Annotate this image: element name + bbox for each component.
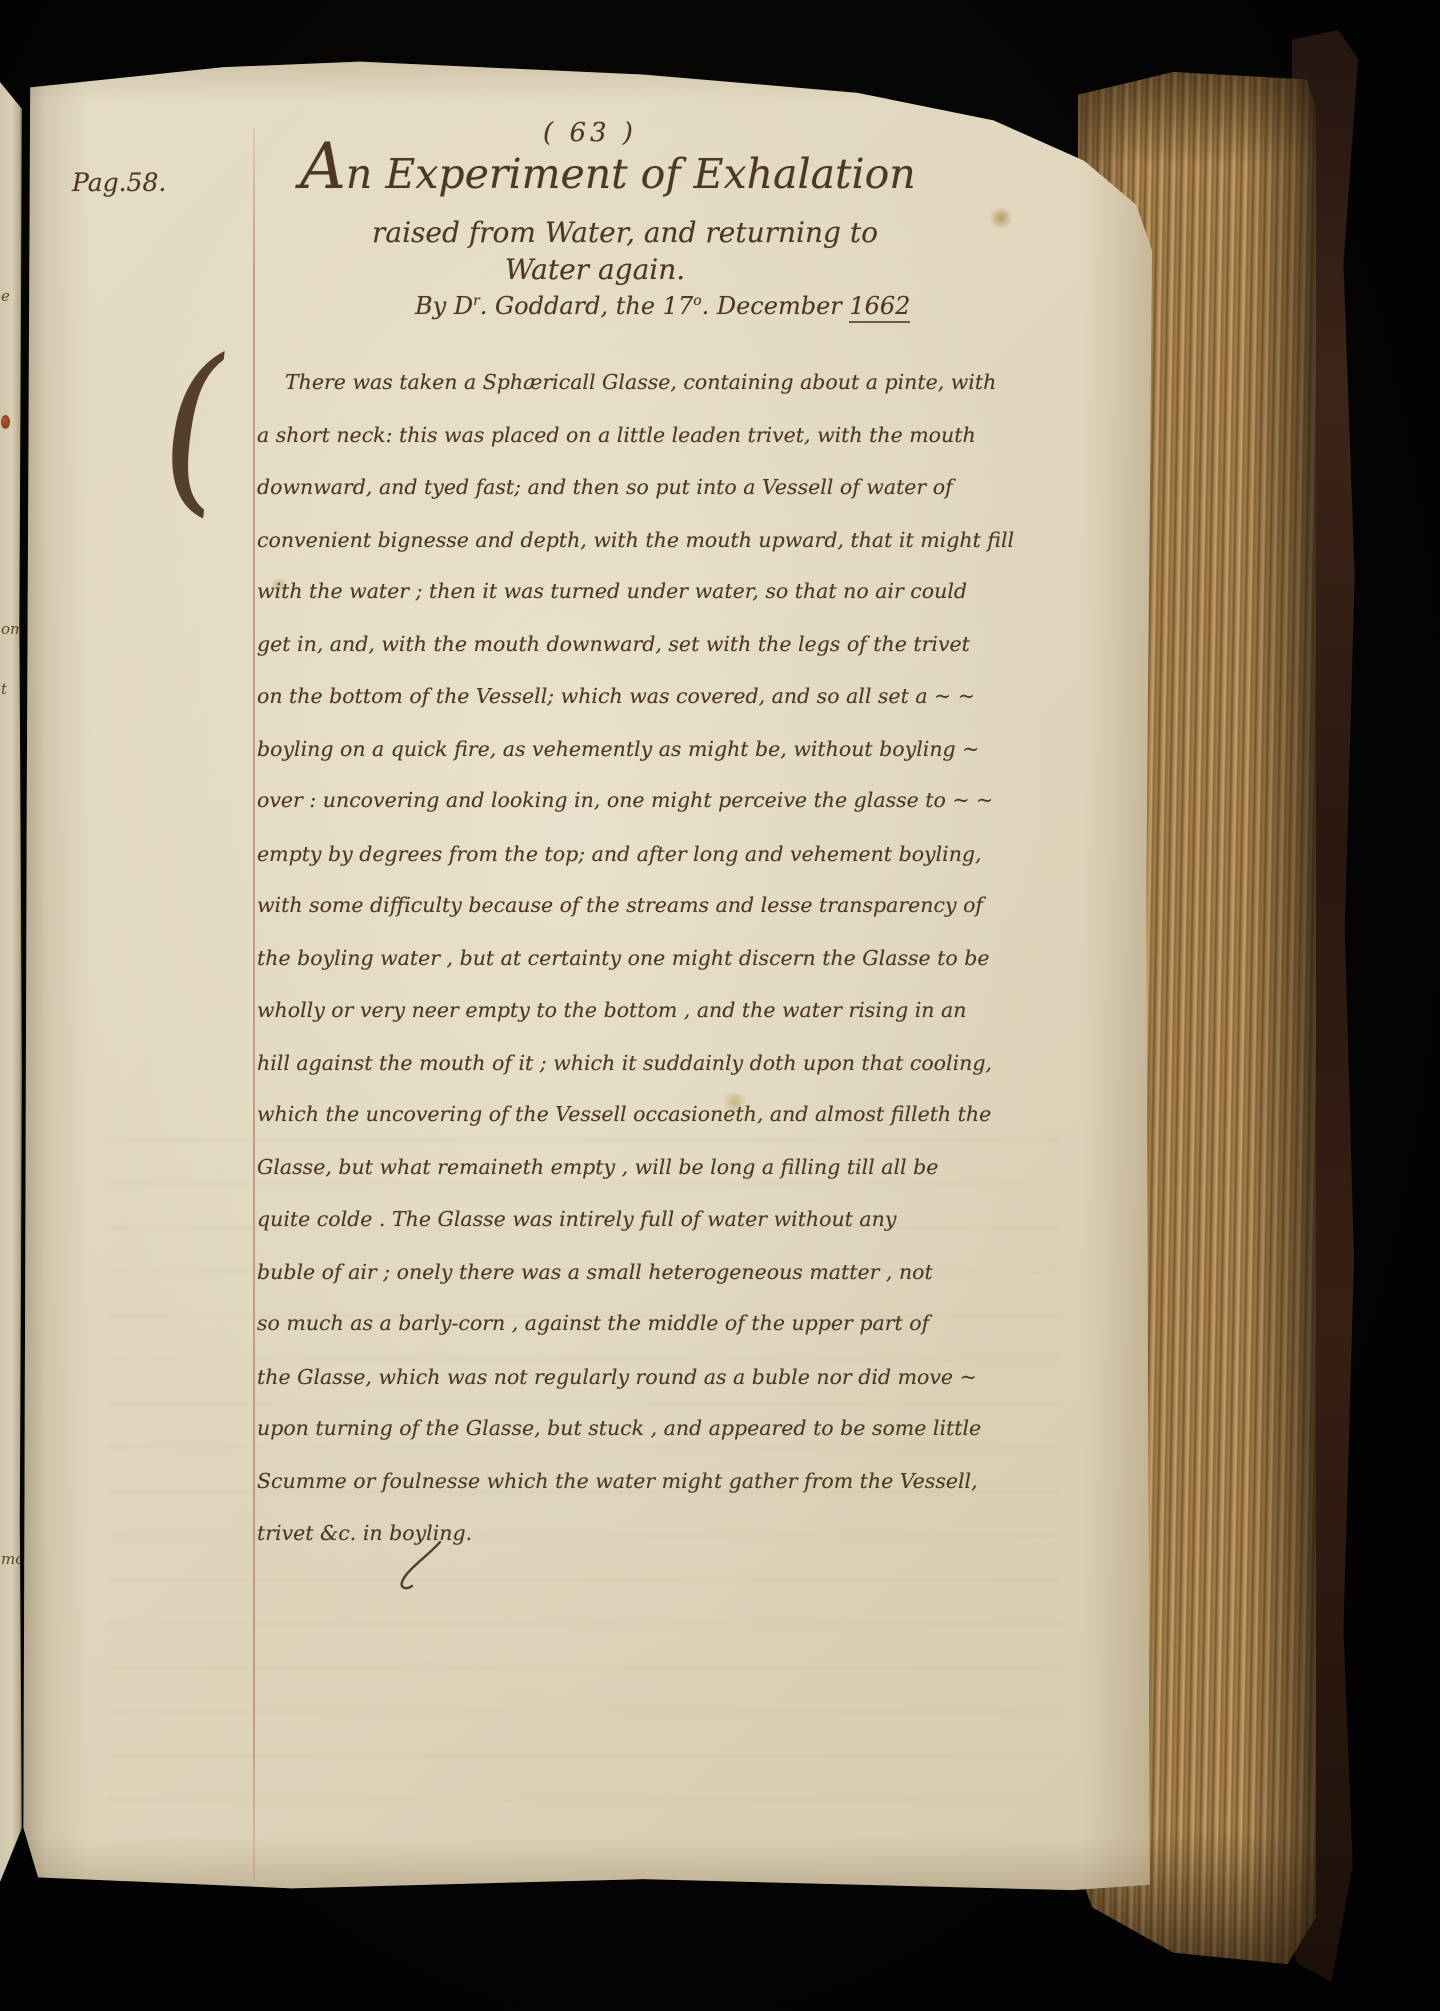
edge-text-fragment: om xyxy=(1,620,21,638)
pen-flourish-mark xyxy=(388,1536,452,1600)
title-line-2: raised from Water, and returning to xyxy=(370,216,880,249)
previous-page-sliver: e om t mom xyxy=(0,82,22,1882)
manuscript-line: boyling on a quick fire, as vehemently a… xyxy=(257,723,925,775)
manuscript-line: hill against the mouth of it ; which it … xyxy=(257,1037,925,1089)
manuscript-line: trivet &c. in boyling. xyxy=(257,1507,925,1559)
folio-number: ( 63 ) xyxy=(500,118,680,148)
paragraph-bracket-mark: ( xyxy=(156,336,230,521)
manuscript-line: with the water ; then it was turned unde… xyxy=(257,565,925,617)
manuscript-line: quite colde . The Glasse was intirely fu… xyxy=(257,1193,925,1245)
edge-text-fragment: mom xyxy=(1,1550,21,1568)
byline-text: . Goddard, the 17 xyxy=(480,292,693,320)
margin-rule-line xyxy=(253,128,255,1880)
manuscript-line: wholly or very neer empty to the bottom … xyxy=(257,984,925,1036)
wax-spot xyxy=(1,415,10,429)
margin-page-reference: Pag.58. xyxy=(72,168,166,197)
manuscript-line: get in, and, with the mouth downward, se… xyxy=(257,618,925,670)
manuscript-line: the boyling water , but at certainty one… xyxy=(257,932,925,984)
manuscript-line: Scumme or foulnesse which the water migh… xyxy=(257,1455,925,1507)
manuscript-line: so much as a barly-corn , against the mi… xyxy=(257,1297,925,1349)
title-line-3: Water again. xyxy=(430,253,760,286)
byline-text: By D xyxy=(415,292,473,320)
manuscript-line: There was taken a Sphæricall Glasse, con… xyxy=(257,356,925,408)
edge-text-fragment: e xyxy=(1,287,21,305)
manuscript-photo: e om t mom ( 63 ) Pag.58. An Experiment … xyxy=(0,0,1440,2011)
manuscript-line: the Glasse, which was not regularly roun… xyxy=(257,1351,925,1403)
byline: By Dr. Goddard, the 17o. December 1662 xyxy=(415,292,875,320)
manuscript-line: convenient bignesse and depth, with the … xyxy=(257,514,925,566)
title-line-1: An Experiment of Exhalation xyxy=(300,150,900,198)
manuscript-line: downward, and tyed fast; and then so put… xyxy=(257,461,925,513)
manuscript-line: which the uncovering of the Vessell occa… xyxy=(257,1088,925,1140)
byline-year-underlined: 1662 xyxy=(849,292,910,323)
paper-stain xyxy=(988,208,1014,228)
manuscript-line: Glasse, but what remaineth empty , will … xyxy=(257,1141,925,1193)
edge-text-fragment: t xyxy=(1,680,21,698)
byline-superscript: o xyxy=(693,293,701,309)
manuscript-line: a short neck: this was placed on a littl… xyxy=(257,409,925,461)
manuscript-body: There was taken a Sphæricall Glasse, con… xyxy=(257,356,925,1559)
manuscript-line: with some difficulty because of the stre… xyxy=(257,879,925,931)
manuscript-line: upon turning of the Glasse, but stuck , … xyxy=(257,1402,925,1454)
byline-text: . December xyxy=(702,292,850,320)
manuscript-line: buble of air ; onely there was a small h… xyxy=(257,1246,925,1298)
manuscript-line: on the bottom of the Vessell; which was … xyxy=(257,670,925,722)
manuscript-line: over : uncovering and looking in, one mi… xyxy=(257,774,925,826)
byline-superscript: r xyxy=(473,293,480,309)
manuscript-line: empty by degrees from the top; and after… xyxy=(257,828,925,880)
